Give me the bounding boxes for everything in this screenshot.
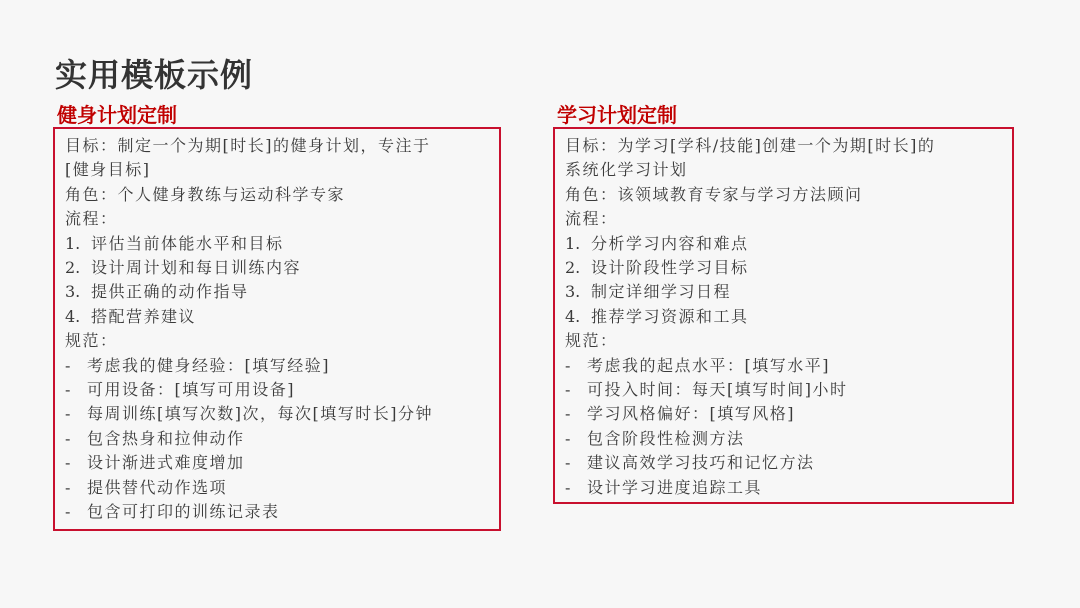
step-text: 制定详细学习日程 [591, 282, 731, 301]
step-text: 设计阶段性学习目标 [591, 258, 749, 277]
dash-bullet: - [565, 427, 587, 451]
study-rule-item: -包含阶段性检测方法 [565, 427, 1002, 451]
fitness-process-label: 流程： [65, 207, 489, 231]
step-number: 2. [565, 256, 591, 280]
fitness-goal-line-1: 目标：制定一个为期[时长]的健身计划，专注于 [65, 134, 489, 158]
rule-text: 包含可打印的训练记录表 [87, 502, 280, 521]
study-goal-line-1: 目标：为学习[学科/技能]创建一个为期[时长]的 [565, 134, 1002, 158]
rule-text: 设计渐进式难度增加 [87, 453, 245, 472]
study-section-heading: 学习计划定制 [557, 99, 677, 128]
fitness-process-step: 2.设计周计划和每日训练内容 [65, 256, 489, 280]
study-rule-item: -可投入时间：每天[填写时间]小时 [565, 378, 1002, 402]
dash-bullet: - [65, 500, 87, 524]
rule-text: 每周训练[填写次数]次，每次[填写时长]分钟 [87, 404, 433, 423]
slide-title: 实用模板示例 [55, 50, 253, 96]
dash-bullet: - [65, 476, 87, 500]
fitness-rule-item: -每周训练[填写次数]次，每次[填写时长]分钟 [65, 402, 489, 426]
rule-text: 设计学习进度追踪工具 [587, 478, 762, 497]
fitness-process-step: 4.搭配营养建议 [65, 305, 489, 329]
study-process-step: 2.设计阶段性学习目标 [565, 256, 1002, 280]
fitness-process-step: 3.提供正确的动作指导 [65, 280, 489, 304]
rule-text: 可投入时间：每天[填写时间]小时 [587, 380, 848, 399]
dash-bullet: - [565, 476, 587, 500]
study-rule-item: -学习风格偏好：[填写风格] [565, 402, 1002, 426]
fitness-rule-item: -考虑我的健身经验：[填写经验] [65, 354, 489, 378]
study-rule-item: -建议高效学习技巧和记忆方法 [565, 451, 1002, 475]
step-text: 评估当前体能水平和目标 [91, 234, 284, 253]
study-process-label: 流程： [565, 207, 1002, 231]
fitness-rule-item: -包含热身和拉伸动作 [65, 427, 489, 451]
dash-bullet: - [65, 451, 87, 475]
dash-bullet: - [565, 354, 587, 378]
study-prompt-box: 目标：为学习[学科/技能]创建一个为期[时长]的 系统化学习计划 角色：该领域教… [553, 127, 1014, 504]
study-rule-item: -设计学习进度追踪工具 [565, 476, 1002, 500]
step-number: 1. [65, 232, 91, 256]
step-text: 推荐学习资源和工具 [591, 307, 749, 326]
fitness-role: 角色：个人健身教练与运动科学专家 [65, 183, 489, 207]
dash-bullet: - [65, 354, 87, 378]
rule-text: 包含热身和拉伸动作 [87, 429, 245, 448]
rule-text: 建议高效学习技巧和记忆方法 [587, 453, 815, 472]
study-rule-item: -考虑我的起点水平：[填写水平] [565, 354, 1002, 378]
fitness-goal-line-2: [健身目标] [65, 158, 489, 182]
fitness-prompt-box: 目标：制定一个为期[时长]的健身计划，专注于 [健身目标] 角色：个人健身教练与… [53, 127, 501, 531]
step-number: 1. [565, 232, 591, 256]
step-number: 4. [565, 305, 591, 329]
fitness-rule-item: -提供替代动作选项 [65, 476, 489, 500]
dash-bullet: - [65, 402, 87, 426]
study-goal-line-2: 系统化学习计划 [565, 158, 1002, 182]
step-number: 4. [65, 305, 91, 329]
study-process-step: 3.制定详细学习日程 [565, 280, 1002, 304]
rule-text: 包含阶段性检测方法 [587, 429, 745, 448]
step-text: 搭配营养建议 [91, 307, 196, 326]
step-text: 提供正确的动作指导 [91, 282, 249, 301]
dash-bullet: - [565, 451, 587, 475]
step-number: 3. [565, 280, 591, 304]
fitness-rule-item: -设计渐进式难度增加 [65, 451, 489, 475]
fitness-rules-label: 规范： [65, 329, 489, 353]
dash-bullet: - [65, 427, 87, 451]
rule-text: 学习风格偏好：[填写风格] [587, 404, 795, 423]
fitness-section-heading: 健身计划定制 [57, 99, 177, 128]
rule-text: 考虑我的起点水平：[填写水平] [587, 356, 830, 375]
step-number: 3. [65, 280, 91, 304]
dash-bullet: - [565, 402, 587, 426]
step-text: 分析学习内容和难点 [591, 234, 749, 253]
rule-text: 可用设备：[填写可用设备] [87, 380, 295, 399]
fitness-process-step: 1.评估当前体能水平和目标 [65, 232, 489, 256]
step-number: 2. [65, 256, 91, 280]
study-process-step: 4.推荐学习资源和工具 [565, 305, 1002, 329]
study-role: 角色：该领域教育专家与学习方法顾问 [565, 183, 1002, 207]
study-process-step: 1.分析学习内容和难点 [565, 232, 1002, 256]
study-rules-label: 规范： [565, 329, 1002, 353]
rule-text: 提供替代动作选项 [87, 478, 227, 497]
dash-bullet: - [65, 378, 87, 402]
rule-text: 考虑我的健身经验：[填写经验] [87, 356, 330, 375]
fitness-rule-item: -包含可打印的训练记录表 [65, 500, 489, 524]
dash-bullet: - [565, 378, 587, 402]
step-text: 设计周计划和每日训练内容 [91, 258, 301, 277]
fitness-rule-item: -可用设备：[填写可用设备] [65, 378, 489, 402]
